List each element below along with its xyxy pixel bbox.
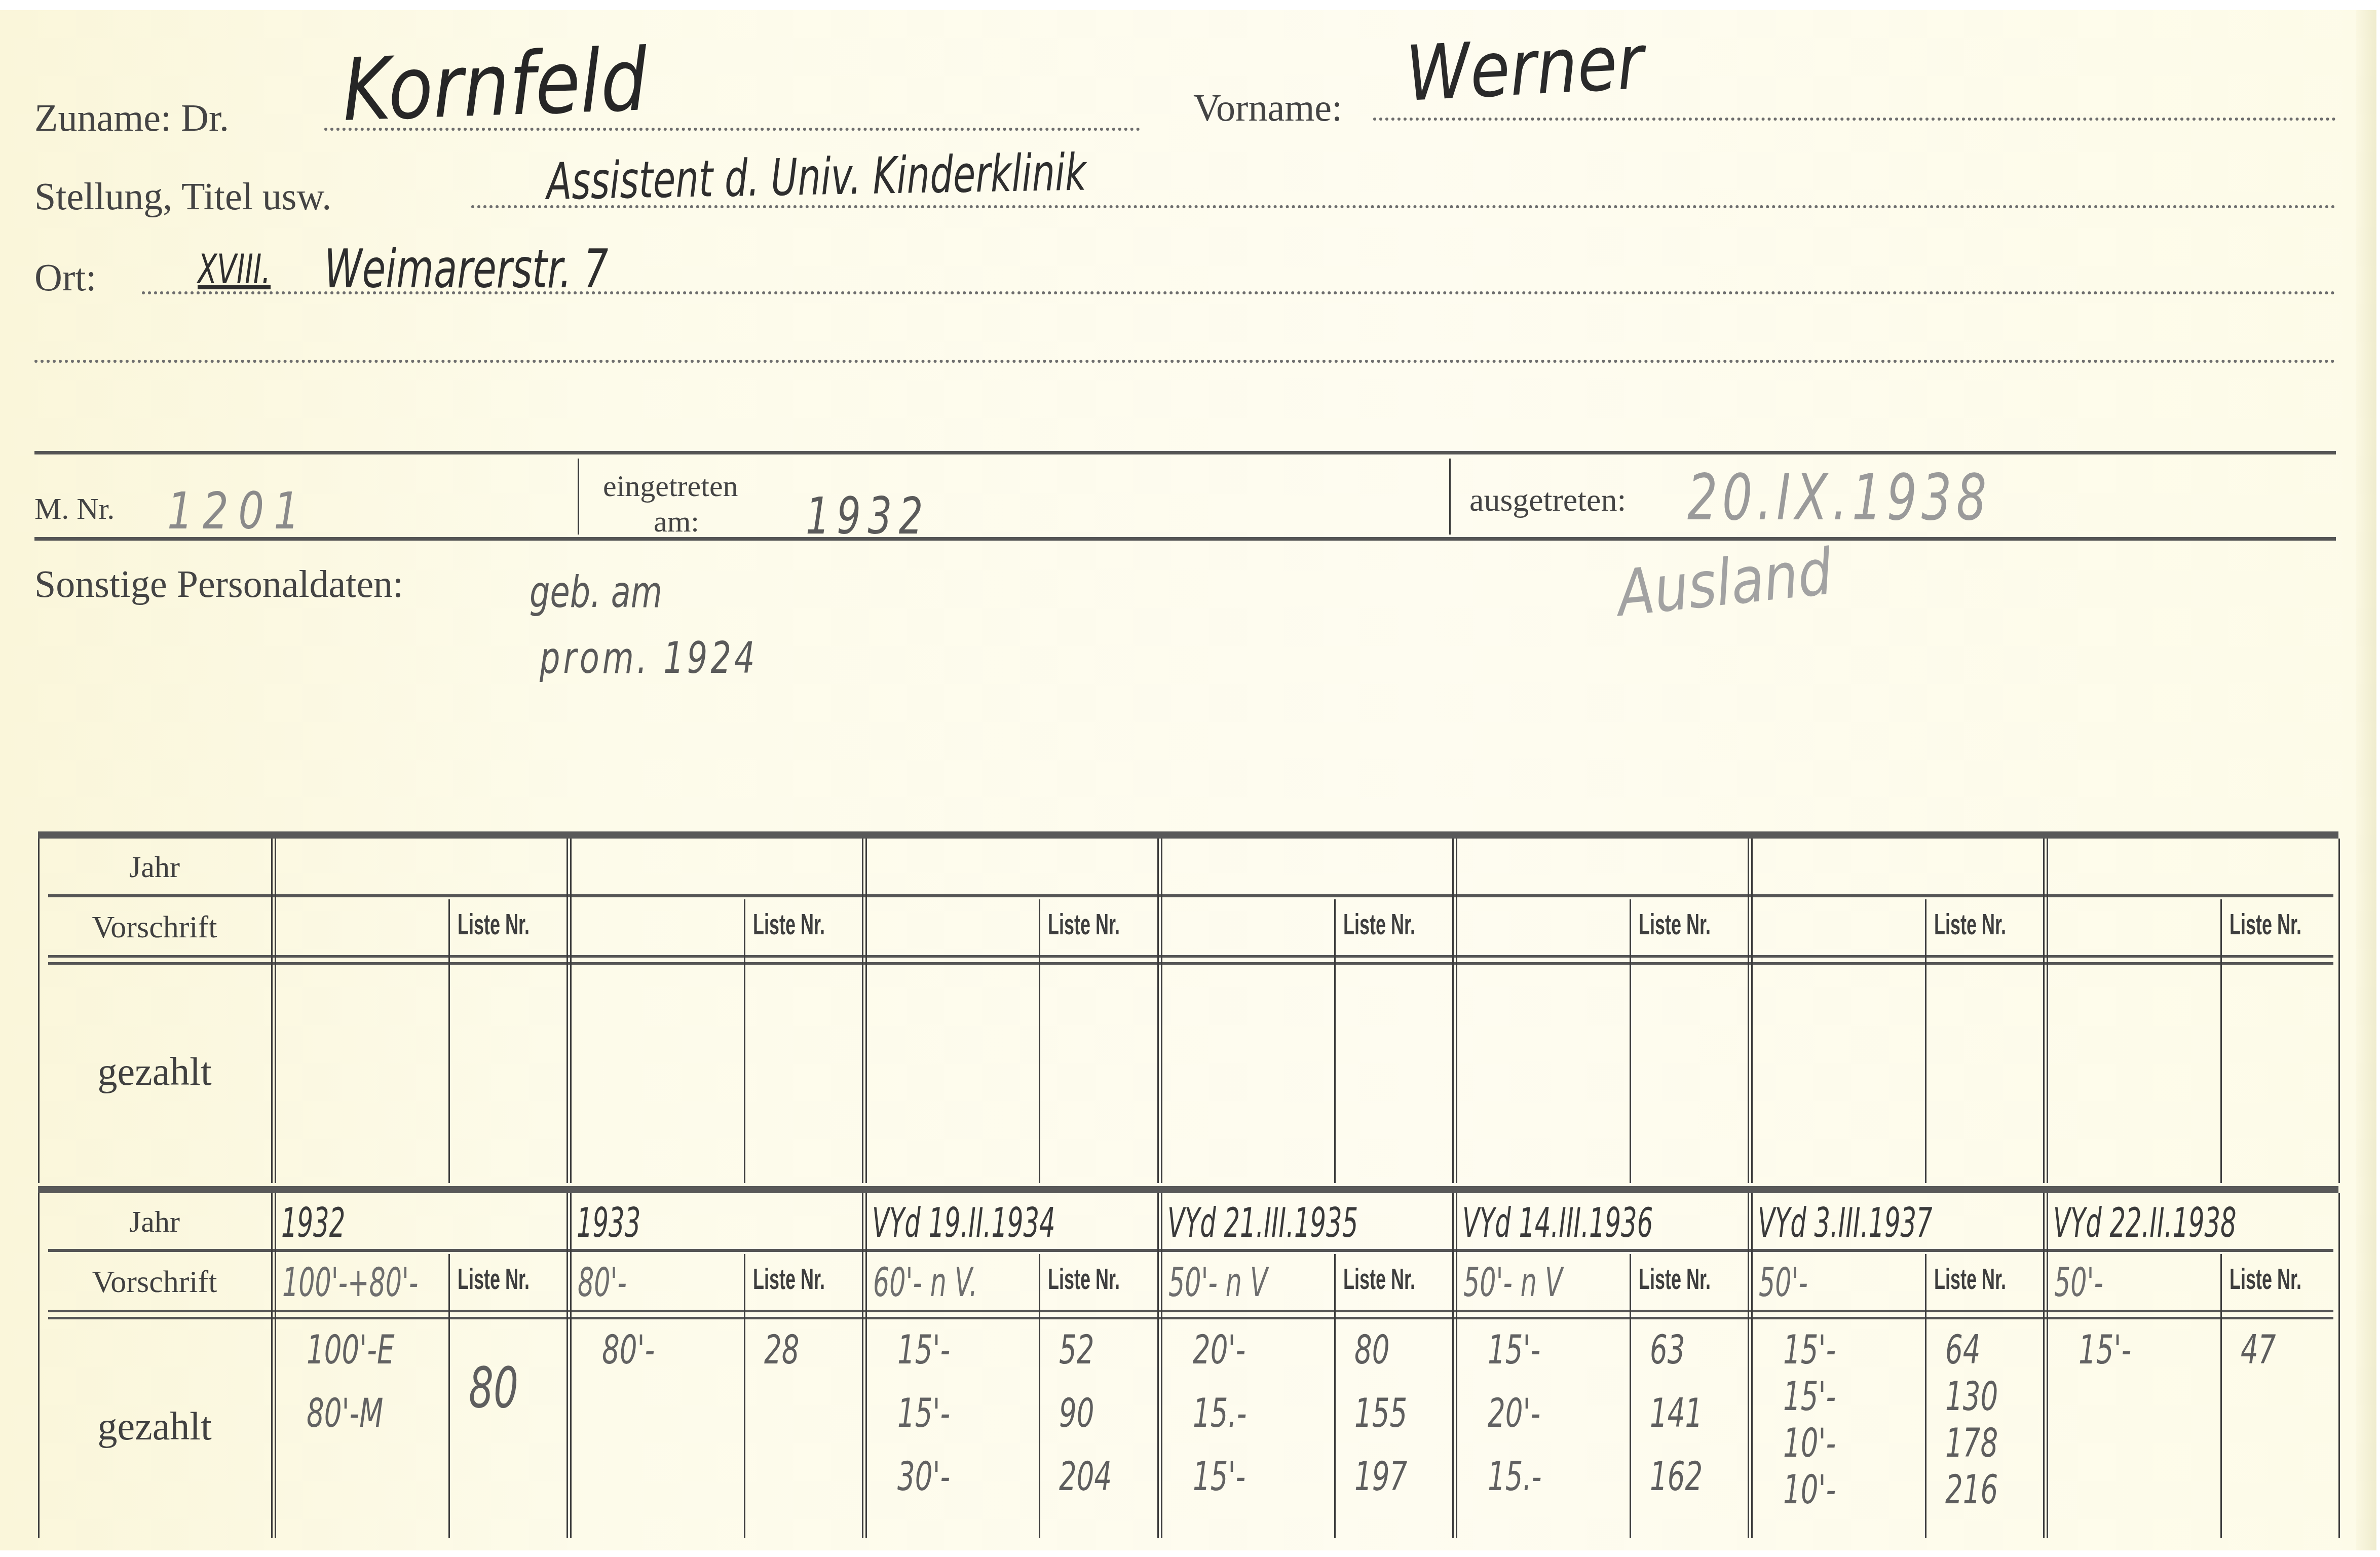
lower-right-edge bbox=[2338, 1193, 2340, 1538]
upper-list-no-header: Liste Nr. bbox=[1639, 907, 1711, 941]
lower-list-no-value: 63 bbox=[1650, 1327, 1685, 1373]
lower-list-divider bbox=[448, 1254, 450, 1538]
upper-list-no-header: Liste Nr. bbox=[753, 907, 825, 941]
lower-prescribed-value: 80'- bbox=[578, 1260, 627, 1306]
personal-line1: geb. am bbox=[530, 567, 662, 618]
lower-prescribed-value: 100'-+80'- bbox=[282, 1260, 418, 1306]
upper-list-divider bbox=[1630, 899, 1631, 1183]
joined-label-line1: eingetreten bbox=[603, 469, 738, 504]
divider-joined bbox=[578, 459, 579, 535]
lower-list-no-value: 52 bbox=[1059, 1327, 1094, 1373]
lower-paid-amount: 15'- bbox=[897, 1391, 950, 1436]
lower-list-no-value: 141 bbox=[1650, 1391, 1703, 1436]
lower-col-divider bbox=[1452, 1193, 1457, 1538]
place-district: XVIII. bbox=[198, 246, 271, 293]
upper-list-divider bbox=[1925, 899, 1926, 1183]
lower-year-value: 1933 bbox=[577, 1199, 640, 1246]
lower-list-no-header: Liste Nr. bbox=[458, 1262, 530, 1296]
membership-card: Zuname: Dr. Kornfeld Vorname: Werner Ste… bbox=[0, 10, 2376, 1550]
lower-col-divider bbox=[271, 1193, 276, 1538]
upper-list-divider bbox=[1039, 899, 1040, 1183]
lower-list-no-value: 216 bbox=[1945, 1467, 1998, 1513]
lower-list-no-header: Liste Nr. bbox=[1934, 1262, 2006, 1296]
surname-value: Kornfeld bbox=[341, 30, 649, 141]
lower-paid-amount: 15.- bbox=[1193, 1391, 1247, 1436]
upper-col-divider bbox=[271, 839, 276, 1183]
member-no-value: 1201 bbox=[167, 481, 309, 541]
lower-year-value: 1932 bbox=[281, 1199, 345, 1246]
lower-list-divider bbox=[1334, 1254, 1336, 1538]
upper-list-divider bbox=[1334, 899, 1336, 1183]
joined-value: 1932 bbox=[806, 486, 930, 546]
upper-list-no-header: Liste Nr. bbox=[1934, 907, 2006, 941]
lower-paid-amount: 15'- bbox=[1193, 1454, 1245, 1500]
place-value: Weimarerstr. 7 bbox=[324, 238, 608, 300]
upper-col-divider bbox=[862, 839, 867, 1183]
personal-line2: prom. 1924 bbox=[540, 633, 758, 683]
upper-year-rule bbox=[48, 894, 2333, 897]
upper-label-paid: gezahlt bbox=[38, 1049, 271, 1094]
card-edge bbox=[2356, 10, 2376, 1550]
lower-year-value: VYd 21.III.1935 bbox=[1167, 1199, 1358, 1246]
lower-col-divider bbox=[2043, 1193, 2048, 1538]
upper-col-divider bbox=[2043, 839, 2048, 1183]
lower-paid-amount: 20'- bbox=[1193, 1327, 1245, 1373]
divider-left bbox=[1449, 459, 1451, 535]
lower-list-no-header: Liste Nr. bbox=[753, 1262, 825, 1296]
upper-right-edge bbox=[2338, 839, 2340, 1183]
lower-paid-amount: 20'- bbox=[1488, 1391, 1540, 1436]
lower-year-rule bbox=[48, 1249, 2333, 1252]
lower-list-divider bbox=[744, 1254, 745, 1538]
lower-col-divider bbox=[1157, 1193, 1162, 1538]
left-label: ausgetreten: bbox=[1469, 481, 1626, 519]
lower-year-value: VYd 14.III.1936 bbox=[1462, 1199, 1653, 1246]
upper-col-divider bbox=[1452, 839, 1457, 1183]
upper-label-year: Jahr bbox=[38, 850, 271, 885]
firstname-value: Werner bbox=[1404, 18, 1646, 119]
lower-prescribed-value: 50'- bbox=[2054, 1260, 2103, 1306]
upper-list-no-header: Liste Nr. bbox=[1048, 907, 1120, 941]
lower-list-no-value: 64 bbox=[1945, 1327, 1980, 1373]
lower-list-divider bbox=[1630, 1254, 1631, 1538]
firstname-dotline bbox=[1373, 118, 2336, 121]
lower-prescribed-value: 50'- n V bbox=[1168, 1260, 1268, 1306]
upper-list-divider bbox=[744, 899, 745, 1183]
lower-year-value: VYd 19.II.1934 bbox=[872, 1199, 1055, 1246]
lower-list-no-value: 155 bbox=[1354, 1391, 1407, 1436]
position-value: Assistent d. Univ. Kinderklinik bbox=[546, 142, 1087, 211]
upper-list-no-header: Liste Nr. bbox=[2230, 907, 2301, 941]
lower-paid-amount: 15'- bbox=[1783, 1327, 1836, 1373]
lower-left-edge bbox=[38, 1193, 40, 1538]
lower-year-value: VYd 22.II.1938 bbox=[2053, 1199, 2237, 1246]
lower-paid-amount: 30'- bbox=[897, 1454, 950, 1500]
lower-list-no-value: 90 bbox=[1059, 1391, 1094, 1436]
lower-col-divider bbox=[862, 1193, 867, 1538]
lower-paid-amount: 15'- bbox=[2079, 1327, 2131, 1373]
lower-label-paid: gezahlt bbox=[38, 1403, 271, 1449]
lower-list-no-value: 80 bbox=[469, 1355, 518, 1420]
upper-label-prescribed: Vorschrift bbox=[38, 909, 271, 945]
upper-prescribed-rule-b bbox=[48, 962, 2333, 965]
lower-paid-amount: 15'- bbox=[897, 1327, 950, 1373]
lower-paid-amount: 100'-E bbox=[307, 1327, 394, 1373]
left-value: 20.IX.1938 bbox=[1687, 461, 1991, 535]
lower-prescribed-value: 60'- n V. bbox=[873, 1260, 977, 1306]
lower-list-no-header: Liste Nr. bbox=[1343, 1262, 1415, 1296]
upper-col-divider bbox=[1748, 839, 1753, 1183]
upper-col-divider bbox=[1157, 839, 1162, 1183]
upper-list-divider bbox=[448, 899, 450, 1183]
lower-list-divider bbox=[1925, 1254, 1926, 1538]
lower-list-no-value: 80 bbox=[1354, 1327, 1389, 1373]
upper-list-no-header: Liste Nr. bbox=[458, 907, 530, 941]
lower-list-no-header: Liste Nr. bbox=[1048, 1262, 1120, 1296]
personal-label: Sonstige Personaldaten: bbox=[34, 562, 403, 606]
lower-prescribed-rule-b bbox=[48, 1317, 2333, 1319]
lower-list-no-header: Liste Nr. bbox=[1639, 1262, 1711, 1296]
lower-paid-amount: 15'- bbox=[1488, 1327, 1540, 1373]
upper-left-edge bbox=[38, 839, 40, 1183]
place-label: Ort: bbox=[34, 256, 96, 300]
lower-label-prescribed: Vorschrift bbox=[38, 1264, 271, 1300]
lower-list-no-value: 130 bbox=[1945, 1374, 1998, 1420]
lower-prescribed-value: 50'- n V bbox=[1463, 1260, 1563, 1306]
upper-list-divider bbox=[2220, 899, 2222, 1183]
surname-label: Zuname: Dr. bbox=[34, 96, 229, 140]
upper-col-divider bbox=[566, 839, 572, 1183]
lower-list-no-value: 204 bbox=[1059, 1454, 1112, 1500]
upper-list-no-header: Liste Nr. bbox=[1343, 907, 1415, 941]
lower-prescribed-value: 50'- bbox=[1759, 1260, 1808, 1306]
lower-list-no-value: 28 bbox=[764, 1327, 799, 1373]
membership-top-rule bbox=[34, 451, 2336, 454]
upper-top-rule bbox=[38, 831, 2338, 839]
lower-paid-amount: 80'- bbox=[602, 1327, 655, 1373]
upper-prescribed-rule-a bbox=[48, 955, 2333, 958]
lower-paid-amount: 10'- bbox=[1783, 1421, 1836, 1466]
lower-year-value: VYd 3.III.1937 bbox=[1758, 1199, 1933, 1246]
lower-col-divider bbox=[566, 1193, 572, 1538]
lower-col-divider bbox=[1748, 1193, 1753, 1538]
lower-prescribed-rule-a bbox=[48, 1310, 2333, 1312]
lower-list-no-header: Liste Nr. bbox=[2230, 1262, 2301, 1296]
lower-list-no-value: 47 bbox=[2241, 1327, 2276, 1373]
firstname-label: Vorname: bbox=[1193, 86, 1342, 130]
lower-label-year: Jahr bbox=[38, 1204, 271, 1239]
lower-list-no-value: 197 bbox=[1354, 1454, 1407, 1500]
lower-list-divider bbox=[1039, 1254, 1040, 1538]
lower-paid-amount: 15.- bbox=[1488, 1454, 1542, 1500]
lower-paid-amount: 10'- bbox=[1783, 1467, 1836, 1513]
lower-paid-amount: 80'-M bbox=[307, 1391, 383, 1436]
blank-dotline bbox=[34, 360, 2336, 363]
lower-list-no-value: 162 bbox=[1650, 1454, 1703, 1500]
lower-list-no-value: 178 bbox=[1945, 1421, 1998, 1466]
lower-list-divider bbox=[2220, 1254, 2222, 1538]
membership-bottom-rule bbox=[34, 537, 2336, 541]
joined-label-line2: am: bbox=[654, 504, 699, 539]
left-note: Ausland bbox=[1614, 535, 1836, 631]
position-label: Stellung, Titel usw. bbox=[34, 175, 331, 219]
member-no-label: M. Nr. bbox=[34, 491, 115, 526]
lower-top-rule bbox=[38, 1186, 2338, 1193]
lower-paid-amount: 15'- bbox=[1783, 1374, 1836, 1420]
